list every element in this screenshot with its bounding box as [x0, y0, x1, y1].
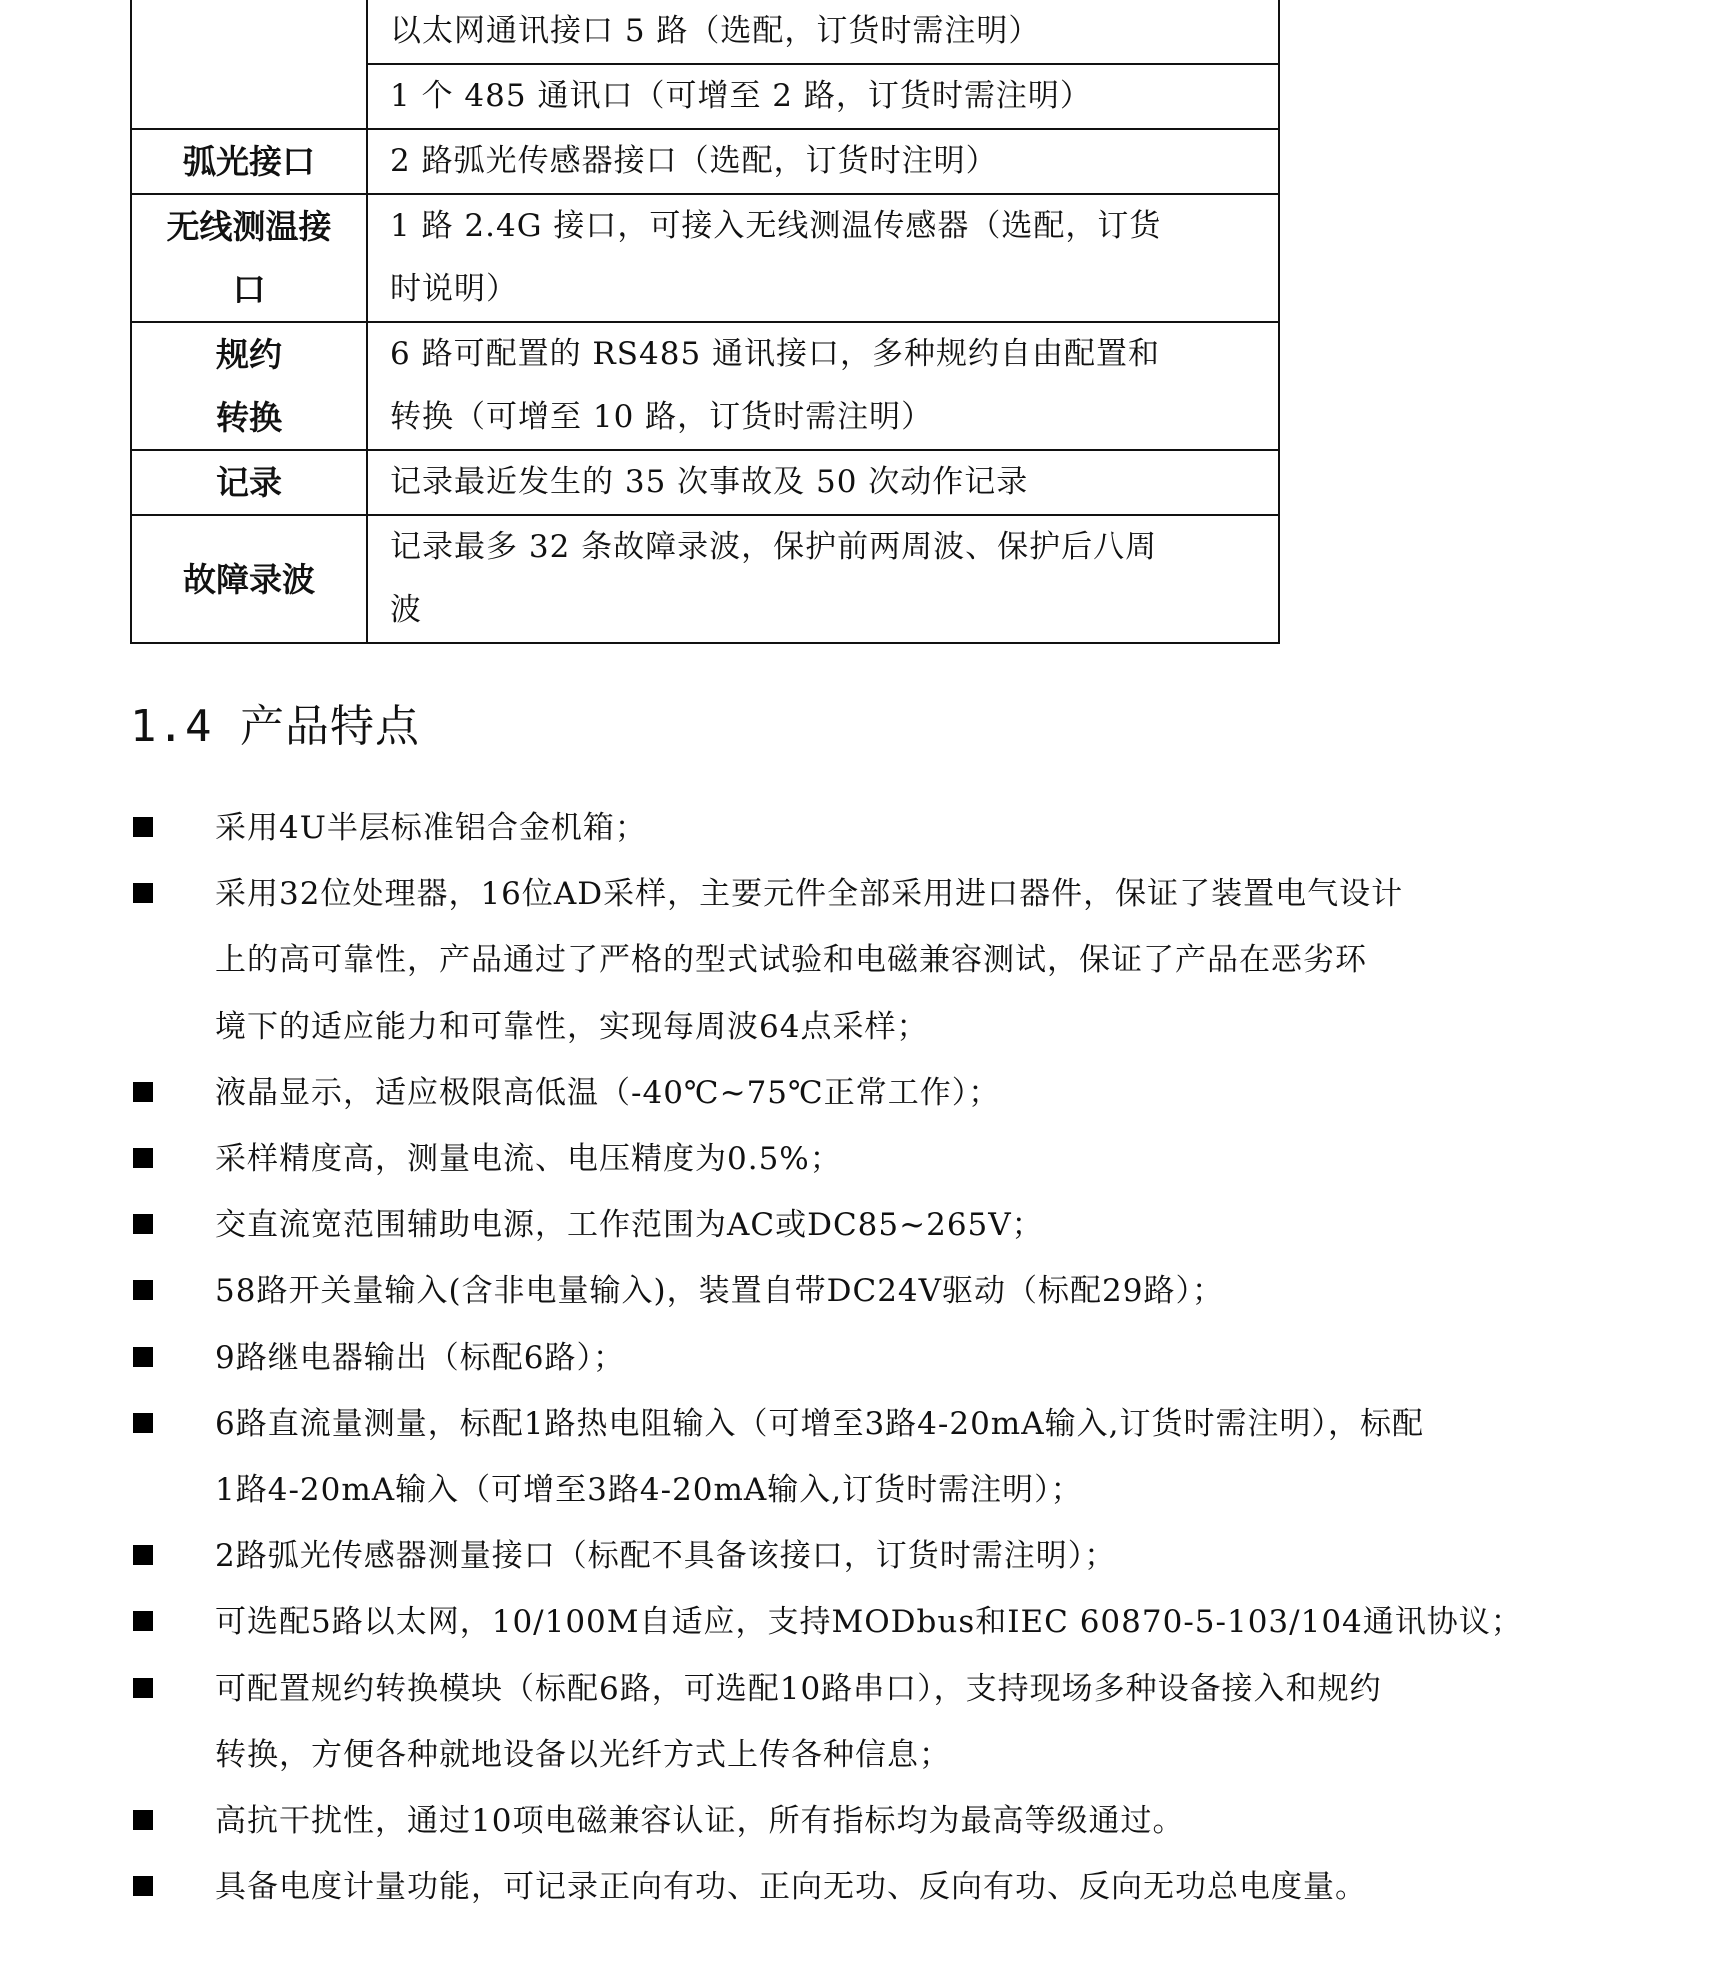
- feature-list: 采用4U半层标准铝合金机箱； 采用32位处理器，16位AD采样，主要元件全部采用…: [130, 795, 1580, 1920]
- section-heading: 1.4 产品特点: [130, 690, 420, 754]
- square-bullet-icon: [133, 1082, 153, 1102]
- label-text: 弧光接口: [132, 130, 366, 193]
- label-text: 转换: [132, 386, 366, 449]
- row-label-communication: [131, 0, 367, 129]
- square-bullet-icon: [133, 817, 153, 837]
- feature-text: 1路4-20mA输入（可增至3路4-20mA输入,订货时需注明）；: [215, 1472, 1083, 1508]
- row-value: 记录最近发生的 35 次事故及 50 次动作记录: [367, 450, 1279, 515]
- row-value: 1 个 485 通讯口（可增至 2 路，订货时需注明）: [367, 64, 1279, 129]
- table-row: 记录 记录最近发生的 35 次事故及 50 次动作记录: [131, 450, 1279, 515]
- square-bullet-icon: [133, 1678, 153, 1698]
- feature-item: 高抗干扰性，通过10项电磁兼容认证，所有指标均为最高等级通过。: [130, 1788, 1580, 1854]
- row-label: 无线测温接 口: [131, 194, 367, 322]
- label-text: 记录: [132, 451, 366, 514]
- feature-text: 交直流宽范围辅助电源，工作范围为AC或DC85~265V；: [215, 1207, 1044, 1243]
- feature-text: 58路开关量输入(含非电量输入)，装置自带DC24V驱动（标配29路）；: [215, 1273, 1224, 1309]
- row-label: 弧光接口: [131, 129, 367, 194]
- value-line: 波: [390, 579, 1264, 642]
- feature-item: 采样精度高，测量电流、电压精度为0.5%；: [130, 1126, 1580, 1192]
- value-line: 6 路可配置的 RS485 通讯接口，多种规约自由配置和: [390, 323, 1264, 386]
- square-bullet-icon: [133, 1545, 153, 1565]
- feature-text: 可配置规约转换模块（标配6路，可选配10路串口），支持现场多种设备接入和规约: [215, 1671, 1382, 1707]
- feature-text: 高抗干扰性，通过10项电磁兼容认证，所有指标均为最高等级通过。: [215, 1803, 1184, 1839]
- feature-item: 液晶显示，适应极限高低温（-40℃~75℃正常工作）；: [130, 1060, 1580, 1126]
- row-value: 以太网通讯接口 5 路（选配，订货时需注明）: [367, 0, 1279, 64]
- square-bullet-icon: [133, 1347, 153, 1367]
- row-value: 2 路弧光传感器接口（选配，订货时注明）: [367, 129, 1279, 194]
- row-value: 1 路 2.4G 接口，可接入无线测温传感器（选配，订货 时说明）: [367, 194, 1279, 322]
- table-row: 弧光接口 2 路弧光传感器接口（选配，订货时注明）: [131, 129, 1279, 194]
- feature-item: 2路弧光传感器测量接口（标配不具备该接口，订货时需注明）；: [130, 1523, 1580, 1589]
- feature-text: 6路直流量测量，标配1路热电阻输入（可增至3路4-20mA输入,订货时需注明），…: [215, 1406, 1424, 1442]
- value-line: 时说明）: [390, 258, 1264, 321]
- feature-item: 可配置规约转换模块（标配6路，可选配10路串口），支持现场多种设备接入和规约转换…: [130, 1656, 1580, 1788]
- table-row: 故障录波 记录最多 32 条故障录波，保护前两周波、保护后八周 波: [131, 515, 1279, 643]
- feature-text: 9路继电器输出（标配6路）；: [215, 1340, 625, 1376]
- row-value: 记录最多 32 条故障录波，保护前两周波、保护后八周 波: [367, 515, 1279, 643]
- feature-item: 采用32位处理器，16位AD采样，主要元件全部采用进口器件，保证了装置电气设计上…: [130, 861, 1580, 1060]
- value-line: 1 个 485 通讯口（可增至 2 路，订货时需注明）: [390, 65, 1264, 128]
- feature-text: 具备电度计量功能，可记录正向有功、正向无功、反向有功、反向无功总电度量。: [215, 1869, 1367, 1905]
- feature-text: 境下的适应能力和可靠性，实现每周波64点采样；: [215, 1009, 928, 1045]
- table-row: 以太网通讯接口 5 路（选配，订货时需注明）: [131, 0, 1279, 64]
- label-text: 无线测温接: [132, 195, 366, 258]
- label-text: 口: [132, 258, 366, 321]
- value-line: 记录最近发生的 35 次事故及 50 次动作记录: [390, 451, 1264, 514]
- feature-item: 采用4U半层标准铝合金机箱；: [130, 795, 1580, 861]
- feature-item: 交直流宽范围辅助电源，工作范围为AC或DC85~265V；: [130, 1192, 1580, 1258]
- square-bullet-icon: [133, 1148, 153, 1168]
- feature-text: 上的高可靠性，产品通过了严格的型式试验和电磁兼容测试，保证了产品在恶劣环: [215, 942, 1367, 978]
- row-label: 故障录波: [131, 515, 367, 643]
- row-label: 规约 转换: [131, 322, 367, 450]
- value-line: 记录最多 32 条故障录波，保护前两周波、保护后八周: [390, 516, 1264, 579]
- label-text: 规约: [132, 323, 366, 386]
- feature-item: 6路直流量测量，标配1路热电阻输入（可增至3路4-20mA输入,订货时需注明），…: [130, 1391, 1580, 1523]
- feature-text: 采样精度高，测量电流、电压精度为0.5%；: [215, 1141, 842, 1177]
- feature-text: 可选配5路以太网，10/100M自适应，支持MODbus和IEC 60870-5…: [215, 1604, 1523, 1640]
- label-text: 故障录波: [132, 548, 366, 611]
- square-bullet-icon: [133, 1214, 153, 1234]
- feature-text: 转换，方便各种就地设备以光纤方式上传各种信息；: [215, 1737, 951, 1773]
- value-line: 2 路弧光传感器接口（选配，订货时注明）: [390, 130, 1264, 193]
- feature-item: 9路继电器输出（标配6路）；: [130, 1325, 1580, 1391]
- square-bullet-icon: [133, 883, 153, 903]
- spec-table: 以太网通讯接口 5 路（选配，订货时需注明） 1 个 485 通讯口（可增至 2…: [130, 0, 1280, 644]
- square-bullet-icon: [133, 1611, 153, 1631]
- feature-text: 采用4U半层标准铝合金机箱；: [215, 810, 647, 846]
- feature-text: 采用32位处理器，16位AD采样，主要元件全部采用进口器件，保证了装置电气设计: [215, 876, 1403, 912]
- value-line: 以太网通讯接口 5 路（选配，订货时需注明）: [390, 0, 1264, 63]
- value-line: 1 路 2.4G 接口，可接入无线测温传感器（选配，订货: [390, 195, 1264, 258]
- feature-item: 58路开关量输入(含非电量输入)，装置自带DC24V驱动（标配29路）；: [130, 1258, 1580, 1324]
- square-bullet-icon: [133, 1280, 153, 1300]
- row-value: 6 路可配置的 RS485 通讯接口，多种规约自由配置和 转换（可增至 10 路…: [367, 322, 1279, 450]
- table-row: 无线测温接 口 1 路 2.4G 接口，可接入无线测温传感器（选配，订货 时说明…: [131, 194, 1279, 322]
- row-label: 记录: [131, 450, 367, 515]
- table-row: 规约 转换 6 路可配置的 RS485 通讯接口，多种规约自由配置和 转换（可增…: [131, 322, 1279, 450]
- value-line: 转换（可增至 10 路，订货时需注明）: [390, 386, 1264, 449]
- feature-item: 具备电度计量功能，可记录正向有功、正向无功、反向有功、反向无功总电度量。: [130, 1854, 1580, 1920]
- feature-item: 可选配5路以太网，10/100M自适应，支持MODbus和IEC 60870-5…: [130, 1589, 1580, 1655]
- square-bullet-icon: [133, 1810, 153, 1830]
- feature-text: 液晶显示，适应极限高低温（-40℃~75℃正常工作）；: [215, 1075, 1000, 1111]
- feature-text: 2路弧光传感器测量接口（标配不具备该接口，订货时需注明）；: [215, 1538, 1116, 1574]
- square-bullet-icon: [133, 1413, 153, 1433]
- square-bullet-icon: [133, 1876, 153, 1896]
